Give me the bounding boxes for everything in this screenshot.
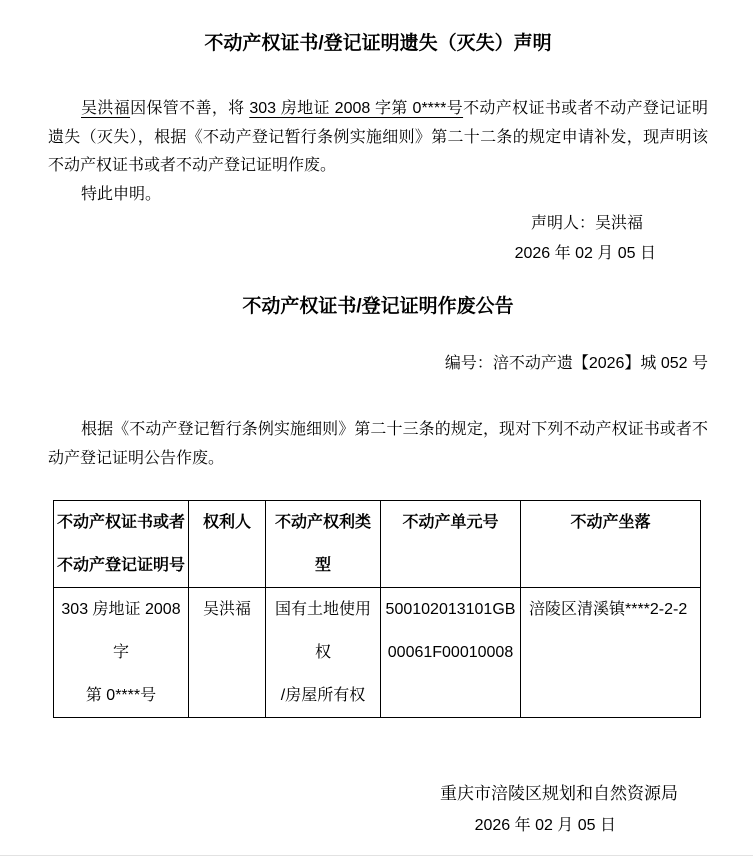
notice-document-number: 编号：涪不动产遗【2026】城 052 号 xyxy=(48,353,708,375)
certificate-number: 303 房地证 2008 字第 0****号 xyxy=(249,100,463,117)
header-unit-number: 不动产单元号 xyxy=(381,501,521,588)
closing-statement: 特此申明。 xyxy=(48,181,708,210)
bottom-divider xyxy=(0,855,753,856)
cell-right-holder: 吴洪福 xyxy=(189,588,266,718)
notice-date: 2026 年 02 月 05 日 xyxy=(48,816,708,835)
cell-location: 涪陵区清溪镇****2-2-2 xyxy=(521,588,701,718)
declarant-signature: 声明人：吴洪福 xyxy=(48,209,708,239)
paragraph-segment: 因保管不善，将 xyxy=(130,100,249,117)
header-right-holder: 权利人 xyxy=(189,501,266,588)
cell-unit-number: 500102013101GB 00061F00010008 xyxy=(381,588,521,718)
document-content: 不动产权证书/登记证明遗失（灭失）声明 吴洪福因保管不善，将 303 房地证 2… xyxy=(0,0,753,835)
cancelled-certificates-table: 不动产权证书或者 不动产登记证明号 权利人 不动产权利类型 不动产单元号 不动产… xyxy=(53,500,701,718)
cancellation-notice-paragraph: 根据《不动产登记暂行条例实施细则》第二十三条的规定，现对下列不动产权证书或者不动… xyxy=(48,415,708,473)
owner-name: 吴洪福 xyxy=(81,100,130,117)
cell-right-type: 国有土地使用权 /房屋所有权 xyxy=(266,588,381,718)
loss-declaration-title: 不动产权证书/登记证明遗失（灭失）声明 xyxy=(48,0,708,55)
table-header-row: 不动产权证书或者 不动产登记证明号 权利人 不动产权利类型 不动产单元号 不动产… xyxy=(54,501,701,588)
document-page: 不动产权证书/登记证明遗失（灭失）声明 吴洪福因保管不善，将 303 房地证 2… xyxy=(0,0,753,857)
table-row: 303 房地证 2008 字 第 0****号 吴洪福 国有土地使用权 /房屋所… xyxy=(54,588,701,718)
declaration-date: 2026 年 02 月 05 日 xyxy=(48,239,708,269)
loss-declaration-paragraph: 吴洪福因保管不善，将 303 房地证 2008 字第 0****号不动产权证书或… xyxy=(48,95,708,181)
header-location: 不动产坐落 xyxy=(521,501,701,588)
issuing-authority: 重庆市涪陵区规划和自然资源局 xyxy=(48,784,708,803)
cancellation-notice-title: 不动产权证书/登记证明作废公告 xyxy=(48,295,708,319)
header-certificate-number: 不动产权证书或者 不动产登记证明号 xyxy=(54,501,189,588)
header-right-type: 不动产权利类型 xyxy=(266,501,381,588)
cell-certificate-number: 303 房地证 2008 字 第 0****号 xyxy=(54,588,189,718)
